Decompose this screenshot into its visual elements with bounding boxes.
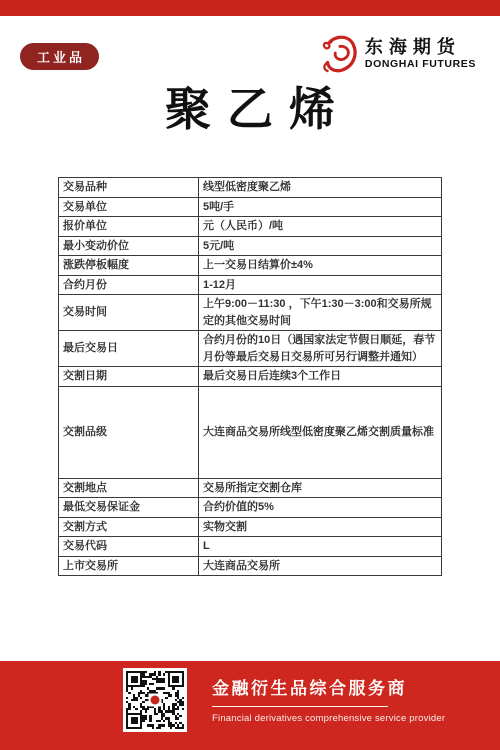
table-row: 涨跌停板幅度上一交易日结算价±4% — [59, 256, 442, 276]
table-row: 上市交易所大连商品交易所 — [59, 556, 442, 576]
company-logo: 东海期货 DONGHAI FUTURES — [320, 33, 476, 75]
spec-value: 实物交割 — [199, 517, 442, 537]
spec-label: 最低交易保证金 — [59, 498, 199, 518]
spec-value: 元（人民币）/吨 — [199, 217, 442, 237]
table-row: 交割方式实物交割 — [59, 517, 442, 537]
spec-label: 交割方式 — [59, 517, 199, 537]
company-name-en: DONGHAI FUTURES — [365, 59, 476, 71]
spec-label: 交易品种 — [59, 178, 199, 198]
spec-value: 5元/吨 — [199, 236, 442, 256]
spec-label: 最后交易日 — [59, 331, 199, 367]
table-row: 报价单位元（人民币）/吨 — [59, 217, 442, 237]
table-row: 交易品种线型低密度聚乙烯 — [59, 178, 442, 198]
spec-value: 上午9:00－11:30 ，下午1:30－3:00和交易所规定的其他交易时间 — [199, 295, 442, 331]
contract-spec-table: 交易品种线型低密度聚乙烯交易单位5吨/手报价单位元（人民币）/吨最小变动价位5元… — [58, 177, 442, 576]
spec-value: 上一交易日结算价±4% — [199, 256, 442, 276]
company-name-cn: 东海期货 — [365, 37, 461, 59]
spec-label: 交割品级 — [59, 386, 199, 478]
spec-value: 交易所指定交割仓库 — [199, 478, 442, 498]
qr-code — [123, 668, 187, 732]
footer-banner: 金融衍生品综合服务商 Financial derivatives compreh… — [0, 661, 500, 750]
spec-value: 线型低密度聚乙烯 — [199, 178, 442, 198]
footer-slogan-cn: 金融衍生品综合服务商 — [212, 674, 445, 699]
spec-value: L — [199, 537, 442, 557]
top-red-bar — [0, 0, 500, 16]
spec-label: 最小变动价位 — [59, 236, 199, 256]
page-title: 聚乙烯 — [0, 84, 500, 135]
spec-label: 交易代码 — [59, 537, 199, 557]
spec-value: 大连商品交易所线型低密度聚乙烯交割质量标准 — [199, 386, 442, 478]
spec-label: 交易单位 — [59, 197, 199, 217]
table-row: 最低交易保证金合约价值的5% — [59, 498, 442, 518]
product-spec-card: 工业品 东海期货 DONGHAI FUTURES 聚乙烯 交易品种线型低密度聚乙… — [0, 0, 500, 750]
company-logo-text: 东海期货 DONGHAI FUTURES — [365, 37, 476, 70]
footer-text-block: 金融衍生品综合服务商 Financial derivatives compreh… — [212, 674, 445, 724]
spec-label: 报价单位 — [59, 217, 199, 237]
table-row: 交割日期最后交易日后连续3个工作日 — [59, 367, 442, 387]
table-row: 交易代码L — [59, 537, 442, 557]
spec-label: 涨跌停板幅度 — [59, 256, 199, 276]
spec-value: 合约月份的10日（遇国家法定节假日顺延，春节月份等最后交易日交易所可另行调整并通… — [199, 331, 442, 367]
spec-value: 合约价值的5% — [199, 498, 442, 518]
category-badge: 工业品 — [20, 43, 99, 70]
spec-value: 5吨/手 — [199, 197, 442, 217]
spec-label: 合约月份 — [59, 275, 199, 295]
spec-value: 最后交易日后连续3个工作日 — [199, 367, 442, 387]
table-row: 最后交易日合约月份的10日（遇国家法定节假日顺延，春节月份等最后交易日交易所可另… — [59, 331, 442, 367]
spec-label: 上市交易所 — [59, 556, 199, 576]
table-row: 合约月份1-12月 — [59, 275, 442, 295]
table-row: 交易时间上午9:00－11:30 ，下午1:30－3:00和交易所规定的其他交易… — [59, 295, 442, 331]
footer-slogan-en: Financial derivatives comprehensive serv… — [212, 713, 445, 724]
contract-spec-table-body: 交易品种线型低密度聚乙烯交易单位5吨/手报价单位元（人民币）/吨最小变动价位5元… — [59, 178, 442, 576]
table-row: 最小变动价位5元/吨 — [59, 236, 442, 256]
spec-label: 交割地点 — [59, 478, 199, 498]
category-badge-label: 工业品 — [34, 47, 85, 66]
table-row: 交割地点交易所指定交割仓库 — [59, 478, 442, 498]
spec-label: 交易时间 — [59, 295, 199, 331]
table-row: 交割品级大连商品交易所线型低密度聚乙烯交割质量标准 — [59, 386, 442, 478]
spec-label: 交割日期 — [59, 367, 199, 387]
spec-value: 大连商品交易所 — [199, 556, 442, 576]
footer-divider — [212, 706, 388, 707]
dragon-logo-icon — [320, 33, 358, 75]
table-row: 交易单位5吨/手 — [59, 197, 442, 217]
spec-value: 1-12月 — [199, 275, 442, 295]
qr-center-logo-icon — [149, 694, 162, 707]
